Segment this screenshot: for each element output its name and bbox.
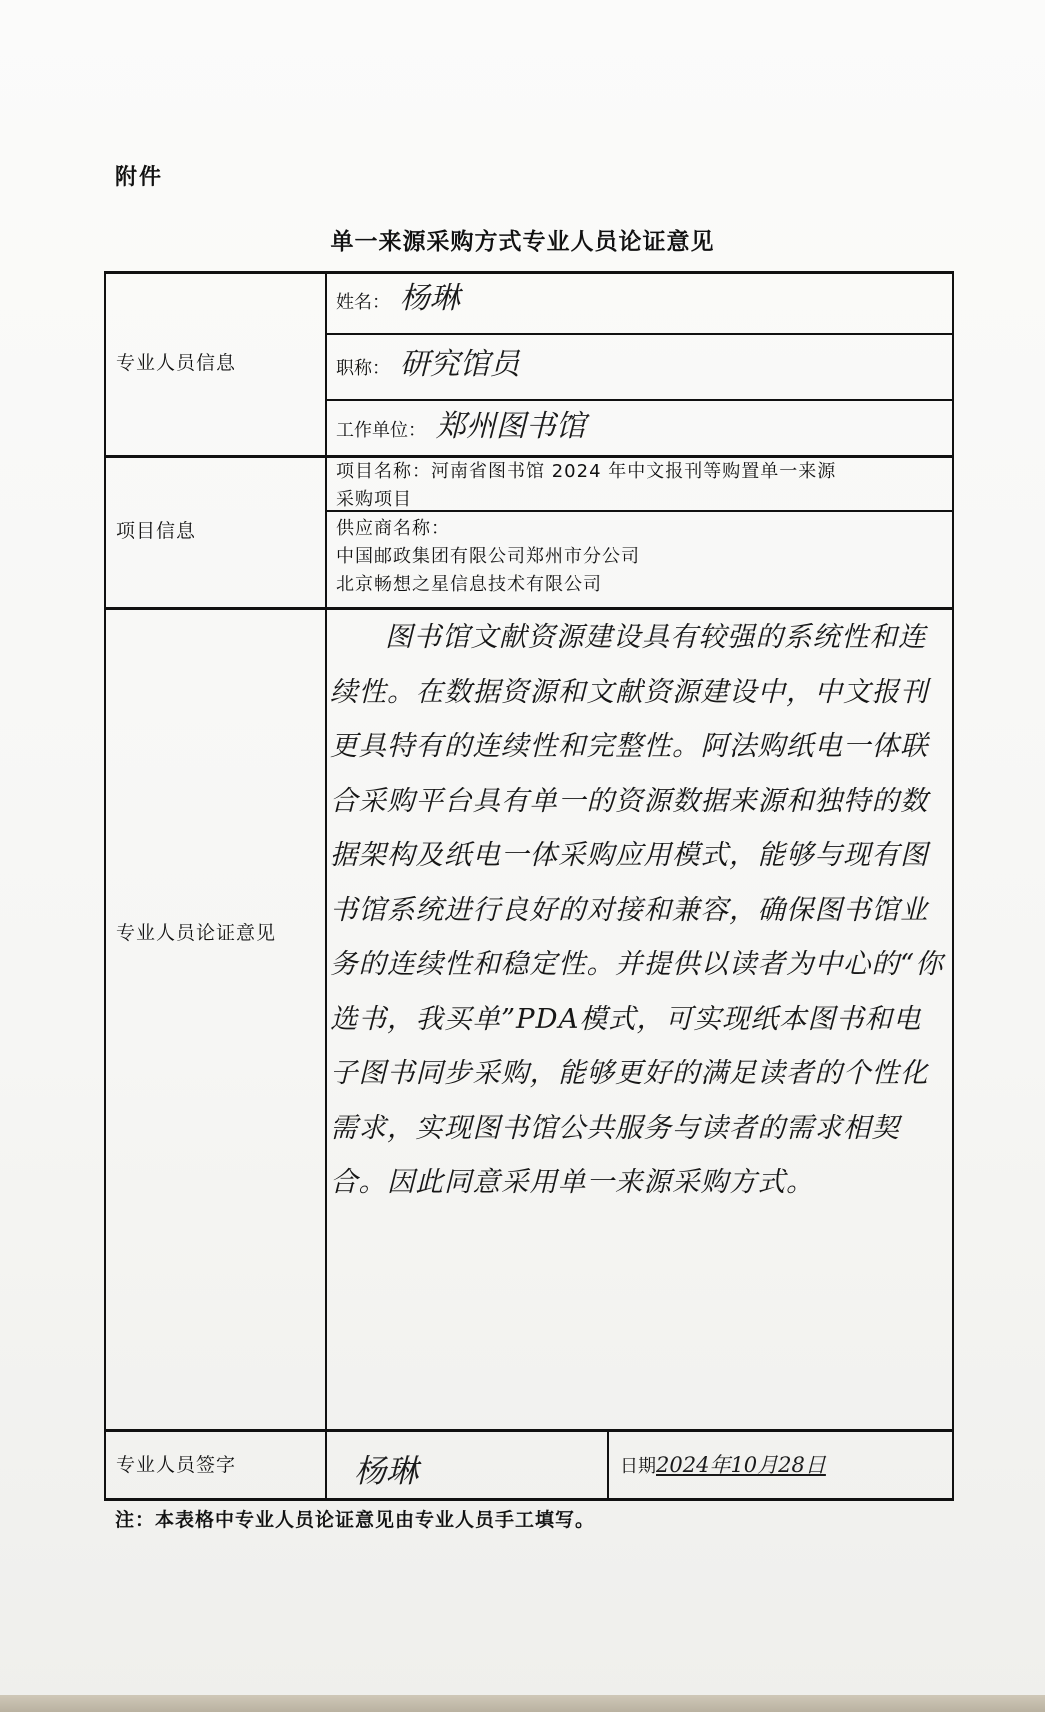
project-name-value-line1: 河南省图书馆 2024 年中文报刊等购置单一来源 bbox=[431, 461, 836, 482]
opinion-label: 专业人员论证意见 bbox=[116, 919, 276, 947]
document-page: 附件 单一来源采购方式专业人员论证意见 专业人员信息 姓名： 杨琳 职称： 研究… bbox=[0, 0, 1045, 1712]
row-divider bbox=[325, 399, 954, 401]
row-divider bbox=[325, 333, 954, 335]
supplier-label: 供应商名称： bbox=[336, 515, 640, 543]
signature-value: 杨琳 bbox=[354, 1451, 418, 1491]
name-field: 姓名： 杨琳 bbox=[336, 285, 460, 317]
supplier-item: 中国邮政集团有限公司郑州市分公司 bbox=[336, 543, 640, 571]
supplier-field: 供应商名称： 中国邮政集团有限公司郑州市分公司 北京畅想之星信息技术有限公司 bbox=[336, 515, 640, 599]
title-field: 职称： 研究馆员 bbox=[336, 351, 520, 383]
workplace-value: 郑州图书馆 bbox=[436, 409, 586, 444]
project-info-label: 项目信息 bbox=[116, 517, 196, 545]
table-border-top bbox=[104, 271, 954, 274]
expert-opinion-table: 专业人员信息 姓名： 杨琳 职称： 研究馆员 工作单位： 郑州图书馆 项目信息 … bbox=[104, 271, 954, 1500]
name-value: 杨琳 bbox=[400, 281, 460, 316]
attachment-label: 附件 bbox=[115, 160, 163, 191]
title-label: 职称： bbox=[336, 358, 390, 379]
workplace-field: 工作单位： 郑州图书馆 bbox=[336, 413, 586, 445]
signature-date-divider bbox=[607, 1429, 609, 1501]
date-value: 2024年10月28日 bbox=[656, 1453, 826, 1477]
document-title: 单一来源采购方式专业人员论证意见 bbox=[0, 223, 1045, 256]
date-field: 日期2024年10月28日 bbox=[620, 1451, 826, 1481]
opinion-text: 图书馆文献资源建设具有较强的系统性和连续性。在数据资源和文献资源建设中，中文报刊… bbox=[330, 610, 945, 1210]
project-name-field: 项目名称：河南省图书馆 2024 年中文报刊等购置单一来源 采购项目 bbox=[336, 458, 836, 514]
signature-label: 专业人员签字 bbox=[116, 1451, 236, 1479]
section-divider bbox=[104, 1429, 954, 1432]
date-label: 日期 bbox=[620, 1456, 656, 1477]
supplier-item: 北京畅想之星信息技术有限公司 bbox=[336, 571, 640, 599]
expert-info-label: 专业人员信息 bbox=[116, 349, 236, 377]
project-name-label: 项目名称： bbox=[336, 461, 431, 482]
workplace-label: 工作单位： bbox=[336, 420, 426, 441]
name-label: 姓名： bbox=[336, 292, 390, 313]
table-border-bottom bbox=[104, 1498, 954, 1501]
page-bottom-edge bbox=[0, 1695, 1045, 1712]
title-value: 研究馆员 bbox=[400, 347, 520, 382]
project-name-value-line2: 采购项目 bbox=[336, 486, 836, 514]
footnote: 注：本表格中专业人员论证意见由专业人员手工填写。 bbox=[115, 1505, 595, 1532]
